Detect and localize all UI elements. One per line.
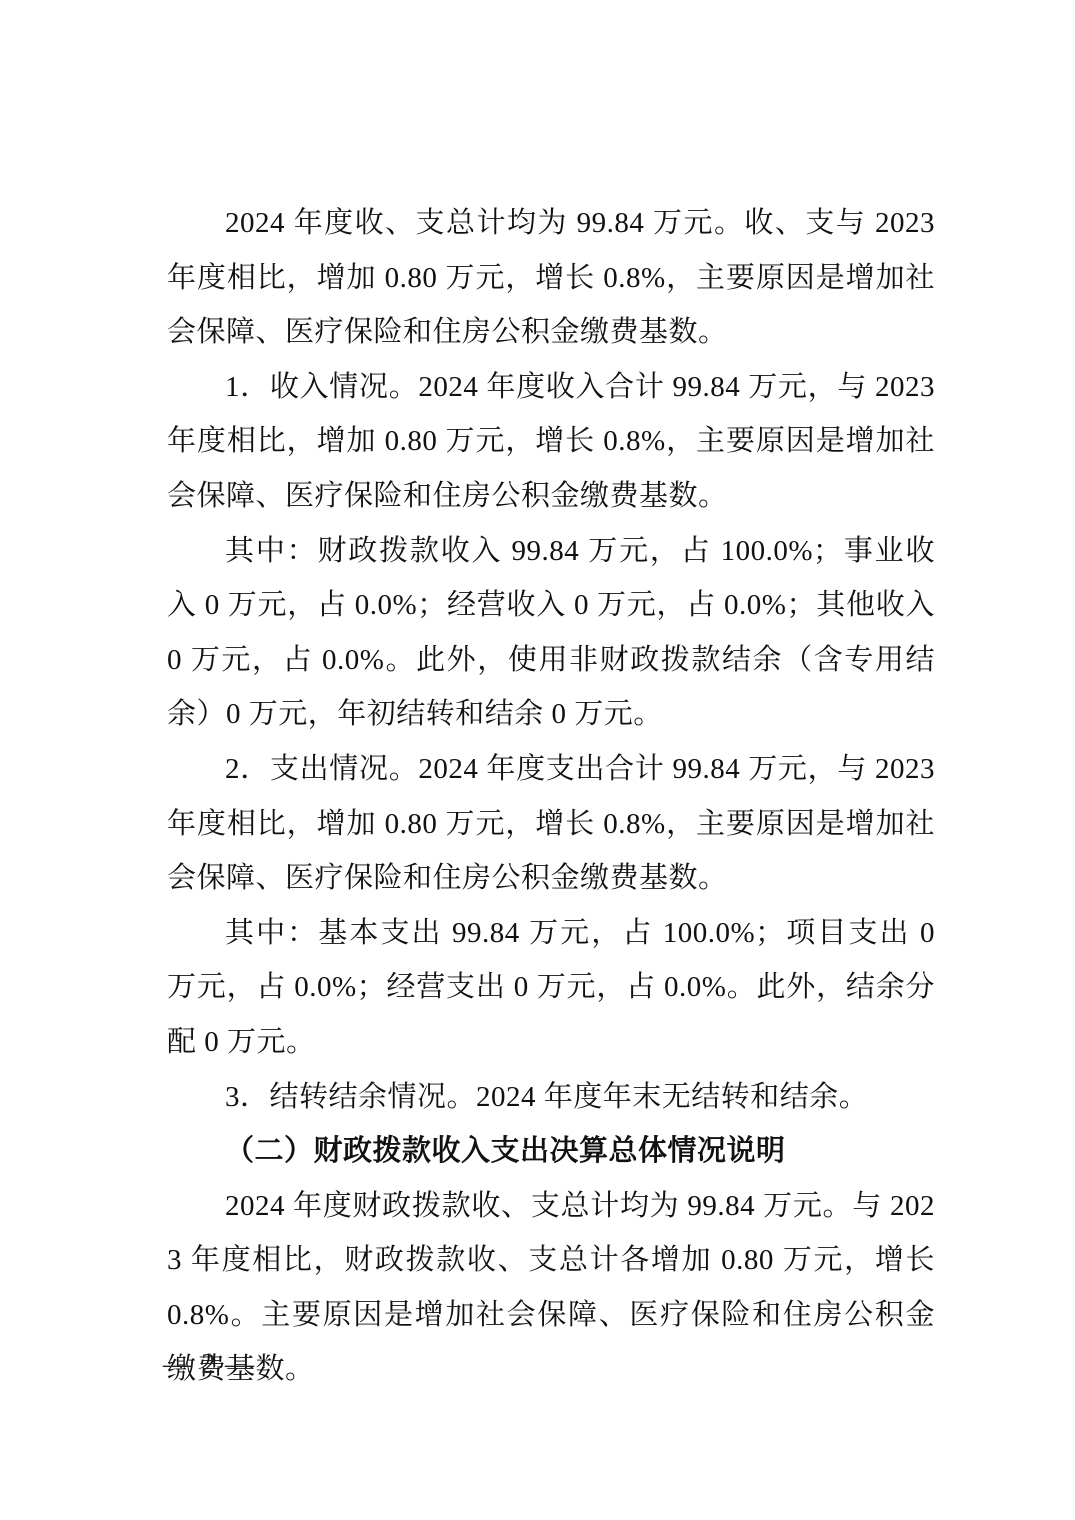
body-paragraph: 2024 年度财政拨款收、支总计均为 99.84 万元。与 2023 年度相比，… xyxy=(167,1179,935,1397)
body-paragraph: 1．收入情况。2024 年度收入合计 99.84 万元，与 2023 年度相比，… xyxy=(167,360,935,524)
body-paragraph: 3．结转结余情况。2024 年度年末无结转和结余。 xyxy=(167,1070,935,1125)
section-heading: （二）财政拨款收入支出决算总体情况说明 xyxy=(167,1124,935,1179)
body-paragraph: 其中：财政拨款收入 99.84 万元，占 100.0%；事业收入 0 万元，占 … xyxy=(167,524,935,742)
document-page: 2024 年度收、支总计均为 99.84 万元。收、支与 2023 年度相比，增… xyxy=(0,0,1075,1520)
body-paragraph: 2024 年度收、支总计均为 99.84 万元。收、支与 2023 年度相比，增… xyxy=(167,196,935,360)
page-number: — 2 — xyxy=(163,1348,255,1380)
body-paragraph: 其中：基本支出 99.84 万元，占 100.0%；项目支出 0 万元，占 0.… xyxy=(167,906,935,1070)
page-footer: — 2 — xyxy=(163,1344,255,1384)
body-paragraph: 2．支出情况。2024 年度支出合计 99.84 万元，与 2023 年度相比，… xyxy=(167,742,935,906)
document-body: 2024 年度收、支总计均为 99.84 万元。收、支与 2023 年度相比，增… xyxy=(167,196,935,1397)
